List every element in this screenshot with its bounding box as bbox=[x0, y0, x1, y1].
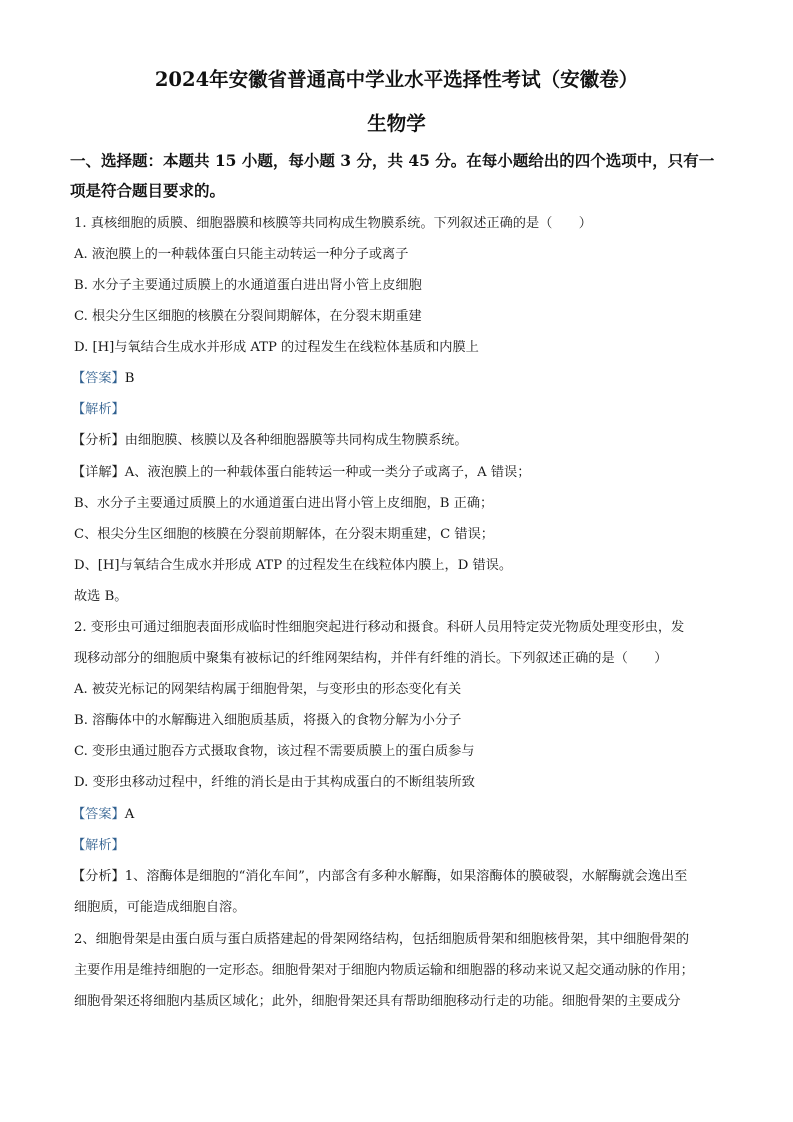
question-2-option-a: A. 被荧光标记的网架结构属于细胞骨架，与变形虫的形态变化有关 bbox=[74, 680, 734, 700]
fenxi-text: 由细胞膜、核膜以及各种细胞器膜等共同构成生物膜系统。 bbox=[125, 433, 468, 448]
question-1-answer: 【答案】B bbox=[72, 369, 732, 389]
answer-value: A bbox=[125, 807, 135, 822]
question-1-xiangjie-b: B、水分子主要通过质膜上的水通道蛋白进出肾小管上皮细胞，B 正确； bbox=[74, 494, 734, 514]
answer-tag: 【答案】 bbox=[72, 371, 125, 386]
question-2-stem-line-1: 2. 变形虫可通过细胞表面形成临时性细胞突起进行移动和摄食。科研人员用特定荧光物… bbox=[74, 618, 734, 638]
fenxi-text: 1、溶酶体是细胞的“消化车间”，内部含有多种水解酶，如果溶酶体的膜破裂，水解酶就… bbox=[125, 869, 688, 884]
question-2-answer: 【答案】A bbox=[72, 805, 732, 825]
xiangjie-tag: 【详解】 bbox=[72, 465, 125, 480]
fenxi-tag: 【分析】 bbox=[72, 869, 125, 884]
fenxi-tag: 【分析】 bbox=[72, 433, 125, 448]
section-heading: 一、选择题：本题共 15 小题，每小题 3 分，共 45 分。在每小题给出的四个… bbox=[70, 146, 730, 206]
question-2-fenxi-point2-line-1: 2、细胞骨架是由蛋白质与蛋白质搭建起的骨架网络结构，包括细胞质骨架和细胞核骨架，… bbox=[74, 930, 734, 950]
subject-title: 生物学 bbox=[0, 110, 793, 138]
question-2-option-c: C. 变形虫通过胞吞方式摄取食物，该过程不需要质膜上的蛋白质参与 bbox=[74, 742, 734, 762]
question-1-analysis-label: 【解析】 bbox=[72, 400, 732, 420]
question-1-xiangjie-d: D、[H]与氧结合生成水并形成 ATP 的过程发生在线粒体内膜上，D 错误。 bbox=[74, 556, 734, 576]
question-2-analysis-label: 【解析】 bbox=[72, 836, 732, 856]
section-heading-line-2: 项是符合题目要求的。 bbox=[70, 176, 730, 206]
question-2-fenxi-line-1: 【分析】1、溶酶体是细胞的“消化车间”，内部含有多种水解酶，如果溶酶体的膜破裂，… bbox=[72, 867, 732, 887]
question-2-stem-line-2: 现移动部分的细胞质中聚集有被标记的纤维网架结构，并伴有纤维的消长。下列叙述正确的… bbox=[74, 649, 734, 669]
question-1-option-a: A. 液泡膜上的一种载体蛋白只能主动转运一种分子或离子 bbox=[74, 245, 734, 265]
exam-title: 2024年安徽省普通高中学业水平选择性考试（安徽卷） bbox=[0, 66, 793, 94]
answer-value: B bbox=[125, 371, 135, 386]
xiangjie-line-a: A、液泡膜上的一种载体蛋白能转运一种或一类分子或离子，A 错误； bbox=[125, 465, 531, 480]
analysis-tag: 【解析】 bbox=[72, 838, 125, 853]
document-page: 2024年安徽省普通高中学业水平选择性考试（安徽卷） 生物学 一、选择题：本题共… bbox=[0, 0, 793, 1122]
answer-tag: 【答案】 bbox=[72, 807, 125, 822]
question-1-option-c: C. 根尖分生区细胞的核膜在分裂间期解体，在分裂末期重建 bbox=[74, 307, 734, 327]
question-1-stem: 1. 真核细胞的质膜、细胞器膜和核膜等共同构成生物膜系统。下列叙述正确的是（ ） bbox=[74, 214, 734, 234]
question-2-option-b: B. 溶酶体中的水解酶进入细胞质基质，将摄入的食物分解为小分子 bbox=[74, 711, 734, 731]
question-2-fenxi-line-2: 细胞质，可能造成细胞自溶。 bbox=[74, 898, 734, 918]
question-1-fenxi: 【分析】由细胞膜、核膜以及各种细胞器膜等共同构成生物膜系统。 bbox=[72, 431, 732, 451]
question-2-option-d: D. 变形虫移动过程中，纤维的消长是由于其构成蛋白的不断组装所致 bbox=[74, 773, 734, 793]
question-1-option-d: D. [H]与氧结合生成水并形成 ATP 的过程发生在线粒体基质和内膜上 bbox=[74, 338, 734, 358]
analysis-tag: 【解析】 bbox=[72, 402, 125, 417]
question-1-xiangjie-c: C、根尖分生区细胞的核膜在分裂前期解体，在分裂末期重建，C 错误； bbox=[74, 525, 734, 545]
section-heading-line-1: 一、选择题：本题共 15 小题，每小题 3 分，共 45 分。在每小题给出的四个… bbox=[70, 146, 730, 176]
question-1-xiangjie-a: 【详解】A、液泡膜上的一种载体蛋白能转运一种或一类分子或离子，A 错误； bbox=[72, 463, 732, 483]
question-2-fenxi-point2-line-2: 主要作用是维持细胞的一定形态。细胞骨架对于细胞内物质运输和细胞器的移动来说又起交… bbox=[74, 961, 734, 981]
question-1-option-b: B. 水分子主要通过质膜上的水通道蛋白进出肾小管上皮细胞 bbox=[74, 276, 734, 296]
question-2-fenxi-point2-line-3: 细胞骨架还将细胞内基质区域化；此外，细胞骨架还具有帮助细胞移动行走的功能。细胞骨… bbox=[74, 992, 734, 1012]
question-1-conclusion: 故选 B。 bbox=[74, 587, 734, 607]
